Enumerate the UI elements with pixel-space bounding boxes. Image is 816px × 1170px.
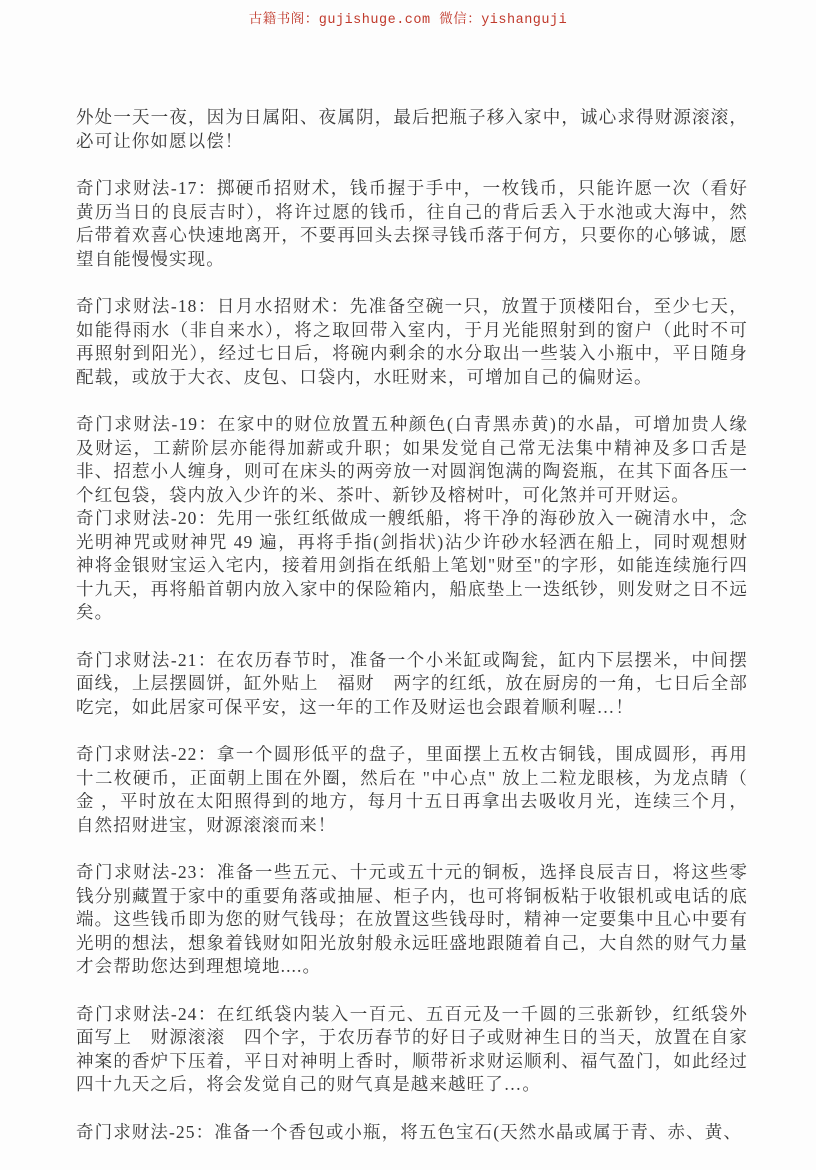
paragraph-method-17: 奇门求财法-17：掷硬币招财术，钱币握于手中，一枚钱币，只能许愿一次（看好黄历当… (76, 177, 748, 271)
paragraph-method-18: 奇门求财法-18：日月水招财术：先准备空碗一只，放置于顶楼阳台，至少七天，如能得… (76, 295, 748, 389)
paragraph-method-19: 奇门求财法-19：在家中的财位放置五种颜色(白青黑赤黄)的水晶，可增加贵人缘及财… (76, 413, 748, 507)
document-body: 外处一天一夜，因为日属阳、夜属阴，最后把瓶子移入家中，诚心求得财源滚滚，必可让你… (76, 106, 748, 1168)
paragraph-method-21: 奇门求财法-21：在农历春节时，准备一个小米缸或陶瓮，缸内下层摆米，中间摆面线，… (76, 649, 748, 720)
paragraph-method-23: 奇门求财法-23：准备一些五元、十元或五十元的铜板，选择良辰吉日，将这些零钱分别… (76, 861, 748, 979)
paragraph-method-25: 奇门求财法-25：准备一个香包或小瓶，将五色宝石(天然水晶或属于青、赤、黄、 (76, 1121, 748, 1145)
site-watermark-header: 古籍书阁：gujishuge.com 微信：yishanguji (0, 7, 816, 28)
document-page: 古籍书阁：gujishuge.com 微信：yishanguji 外处一天一夜，… (0, 0, 816, 1170)
paragraph-method-22: 奇门求财法-22：拿一个圆形低平的盘子，里面摆上五枚古铜钱，围成圆形，再用十二枚… (76, 743, 748, 837)
paragraph-method-24: 奇门求财法-24：在红纸袋内装入一百元、五百元及一千圆的三张新钞，红纸袋外面写上… (76, 1003, 748, 1097)
paragraph-method-20: 奇门求财法-20：先用一张红纸做成一艘纸船，将干净的海砂放入一碗清水中，念光明神… (76, 507, 748, 625)
paragraph-intro-continuation: 外处一天一夜，因为日属阳、夜属阴，最后把瓶子移入家中，诚心求得财源滚滚，必可让你… (76, 106, 748, 153)
